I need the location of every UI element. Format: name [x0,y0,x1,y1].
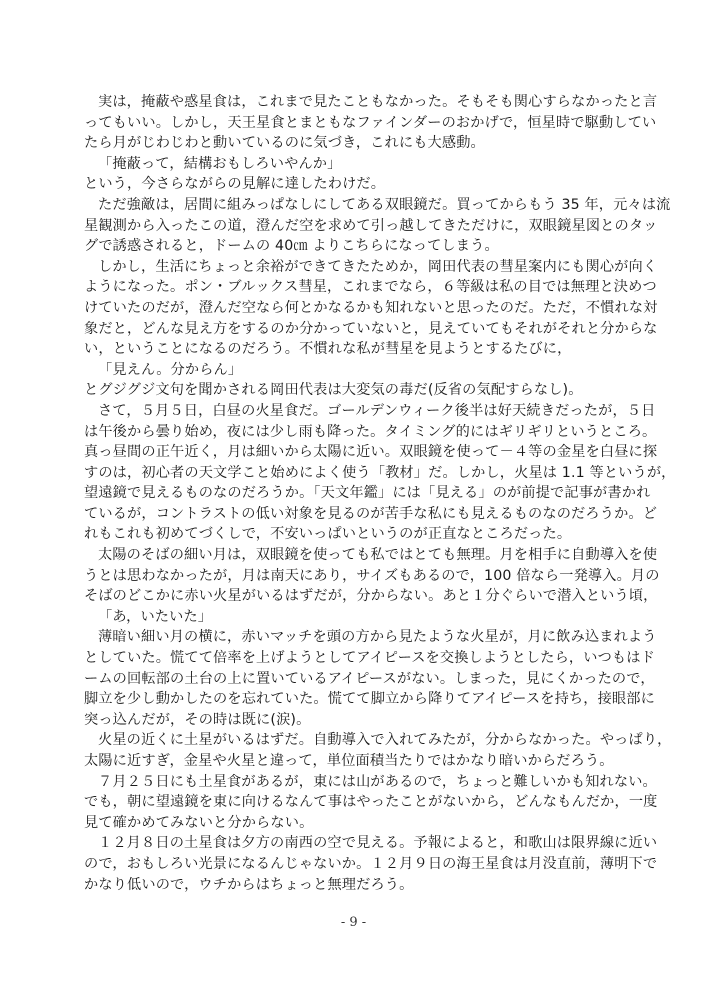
quote-line: 「掩蔽って，結構おもしろいやんか」 [84,154,624,175]
text-line: 象だと，どんな見え方をするのか分かっていないと，見えていてもそれがそれと分からな [84,319,624,340]
text-line: でも，朝に望遠鏡を東に向けるなんて事はやったことがないから，どんなもんだか，一度 [84,792,624,813]
text-line: 望遠鏡で見えるものなのだろうか。「天文年鑑」には「見える」のが前提で記事が書かれ [84,483,624,504]
text-line: 真っ昼間の正午近く，月は細いから太陽に近い。双眼鏡を使って－４等の金星を白昼に探 [84,442,624,463]
text-line: しかし，生活にちょっと余裕ができてきたためか，岡田代表の彗星案内にも関心が向く [84,257,624,278]
text-line: は午後から曇り始め，夜には少し雨も降った。タイミング的にはギリギリというところ。 [84,422,624,443]
text-line: ームの回転部の土台の上に置いているアイピースがない。しまった，見にくかったので， [84,669,624,690]
text-line: ただ強敵は，居間に組みっぱなしにしてある双眼鏡だ。買ってからもう 35 年，元々… [84,195,624,216]
text-line: かなり低いので，ウチからはちょっと無理だろう。 [84,875,624,896]
text-line: うとは思わなかったが，月は南天にあり，サイズもあるので，100 倍なら一発導入。… [84,566,624,587]
text-line: 星観測から入ったこの道，澄んだ空を求めて引っ越してきただけに，双眼鏡星図とのタッ [84,216,624,237]
text-line: ってもいい。しかし，天王星食とまともなファインダーのおかげで，恒星時で駆動してい [84,113,624,134]
text-line: １２月８日の土星食は夕方の南西の空で見える。予報によると，和歌山は限界線に近い [84,833,624,854]
text-line: たら月がじわじわと動いているのに気づき，これにも大感動。 [84,133,624,154]
document-body: 実は，掩蔽や惑星食は，これまで見たこともなかった。そもそも関心すらなかったと言 … [84,92,624,895]
text-line: 実は，掩蔽や惑星食は，これまで見たこともなかった。そもそも関心すらなかったと言 [84,92,624,113]
text-line: という，今さらながらの見解に達したわけだ。 [84,174,624,195]
text-line: ので，おもしろい光景になるんじゃないか。１２月９日の海王星食は月没直前，薄明下で [84,854,624,875]
quote-line: 「あ，いたいた」 [84,607,624,628]
text-line: 突っ込んだが，その時は既に(涙)。 [84,710,624,731]
text-line: としていた。慌てて倍率を上げようとしてアイピースを交換しようとしたら，いつもはド [84,648,624,669]
text-line: すのは，初心者の天文学こと始めによく使う「教材」だ。しかし，火星は 1.1 等と… [84,463,624,484]
text-line: とグジグジ文句を聞かされる岡田代表は大変気の毒だ(反省の気配すらなし)。 [84,380,624,401]
text-line: 太陽のそばの細い月は，双眼鏡を使っても私ではとても無理。月を相手に自動導入を使 [84,545,624,566]
text-line: 火星の近くに土星がいるはずだ。自動導入で入れてみたが，分からなかった。やっぱり， [84,730,624,751]
text-line: 薄暗い細い月の横に，赤いマッチを頭の方から見たような火星が，月に飲み込まれよう [84,627,624,648]
text-line: そばのどこかに赤い火星がいるはずだが，分からない。あと１分ぐらいで潜入という頃， [84,586,624,607]
text-line: い，ということになるのだろう。不慣れな私が彗星を見ようとするたびに， [84,339,624,360]
text-line: ようになった。ポン・ブルックス彗星，これまでなら，６等級は私の目では無理と決めつ [84,277,624,298]
text-line: 脚立を少し動かしたのを忘れていた。慌てて脚立から降りてアイピースを持ち，接眼部に [84,689,624,710]
quote-line: 「見えん。分からん」 [84,360,624,381]
text-line: 太陽に近すぎ，金星や火星と違って，単位面積当たりではかなり暗いからだろう。 [84,751,624,772]
text-line: れもこれも初めてづくしで，不安いっぱいというのが正直なところだった。 [84,524,624,545]
text-line: ７月２５日にも土星食があるが，東には山があるので，ちょっと難しいかも知れない。 [84,772,624,793]
page-number: - 9 - [0,915,707,930]
text-line: さて，５月５日，白昼の火星食だ。ゴールデンウィーク後半は好天続きだったが，５日 [84,401,624,422]
text-line: グで誘惑されると，ドームの 40㎝ よりこちらになってしまう。 [84,236,624,257]
text-line: 見て確かめてみないと分からない。 [84,813,624,834]
text-line: ているが，コントラストの低い対象を見るのが苦手な私にも見えるものなのだろうか。ど [84,504,624,525]
text-line: けていたのだが，澄んだ空なら何とかなるかも知れないと思ったのだ。ただ，不慣れな対 [84,298,624,319]
